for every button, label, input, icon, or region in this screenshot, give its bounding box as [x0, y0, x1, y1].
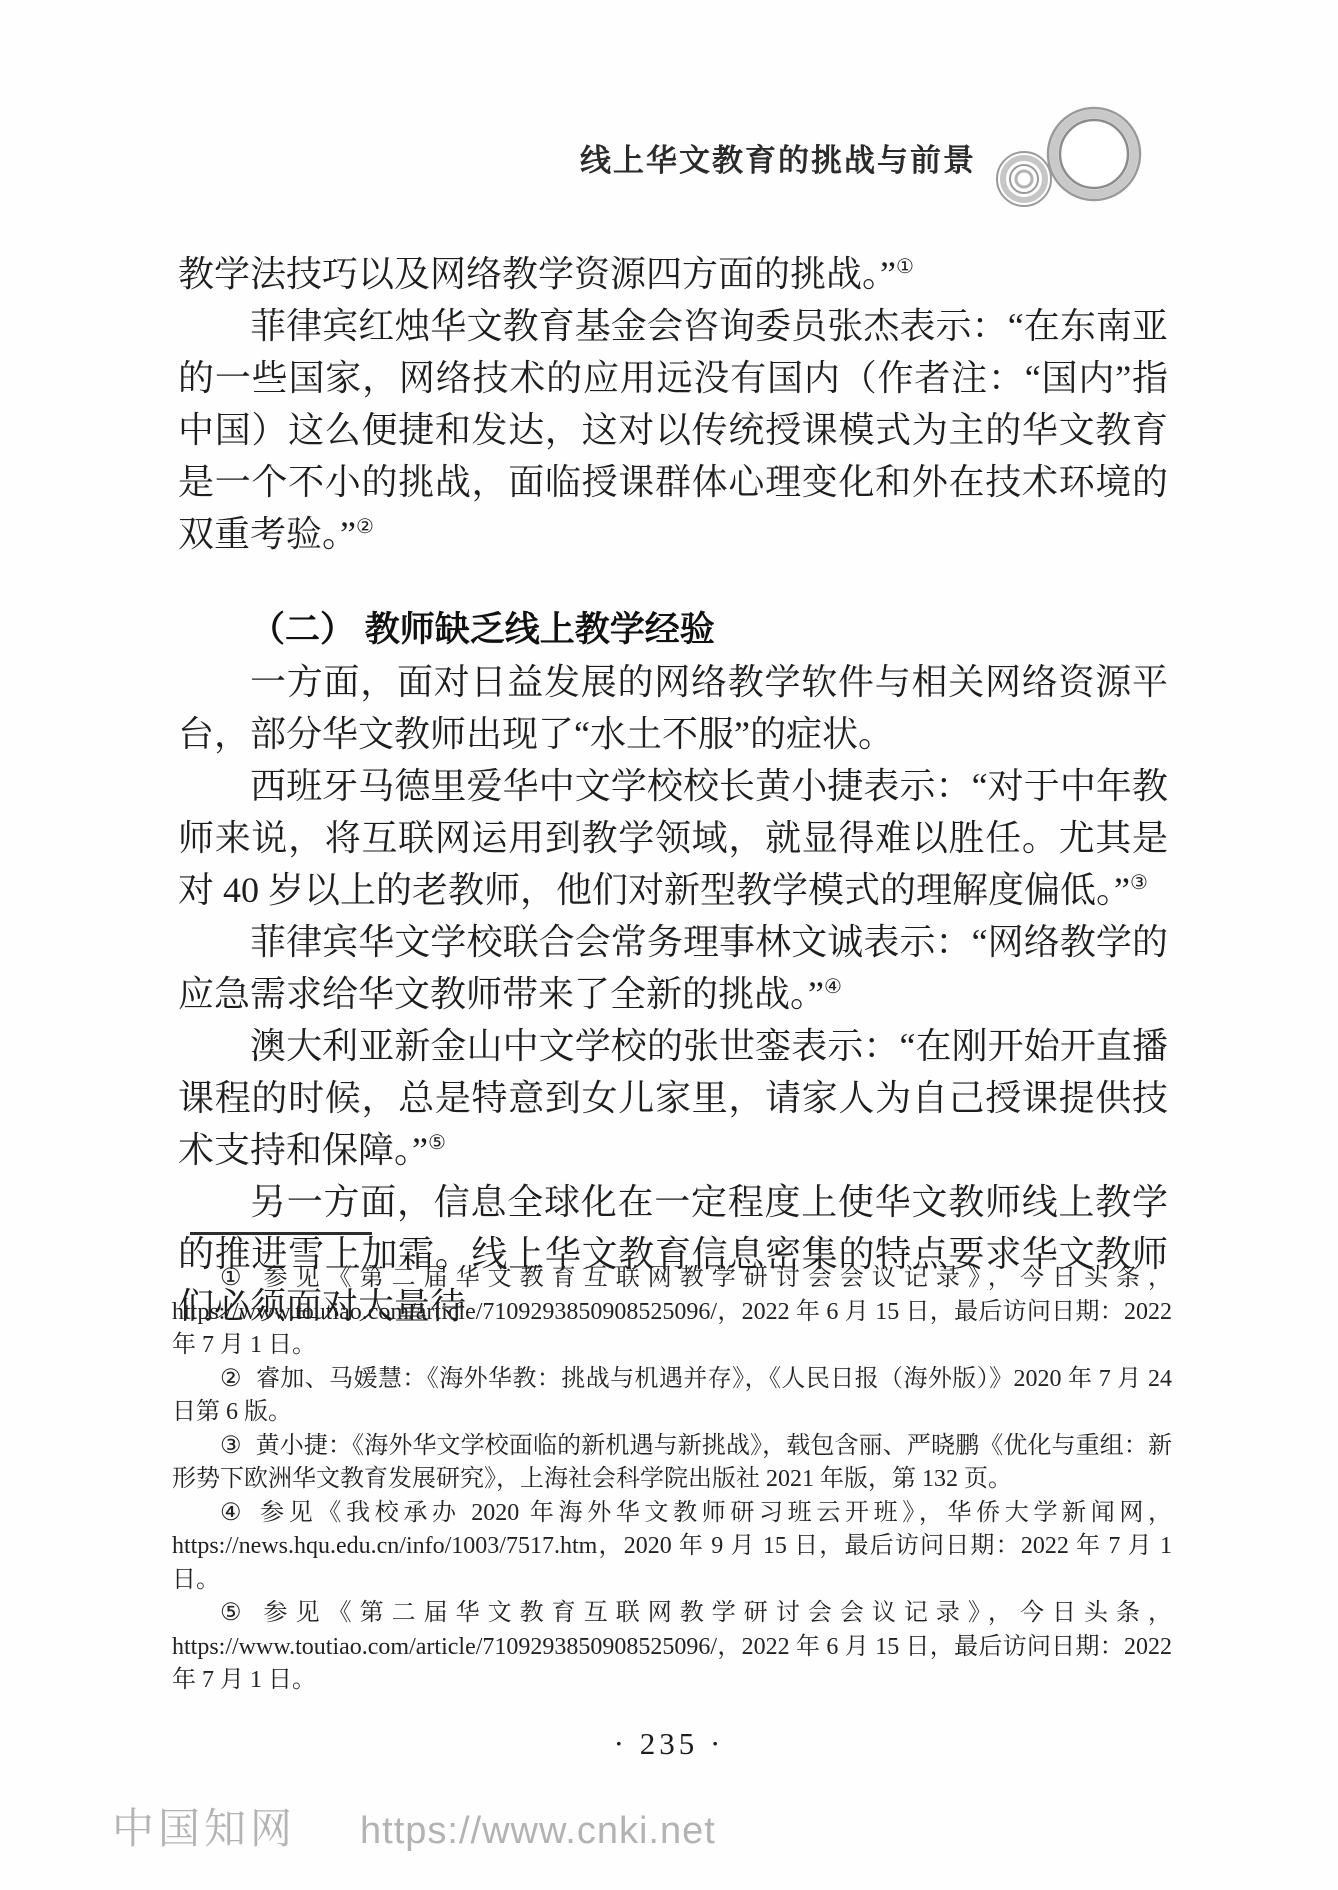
paragraph: 西班牙马德里爱华中文学校校长黄小捷表示：“对于中年教师来说，将互联网运用到教学领…	[178, 760, 1168, 916]
footnote: ①参见《第二届华文教育互联网教学研讨会会议记录》，今日头条，https://ww…	[172, 1262, 1172, 1363]
cnki-url: https://www.cnki.net	[360, 1810, 716, 1853]
cnki-watermark: 中国知网 https://www.cnki.net	[112, 1796, 716, 1856]
body-text: 教学法技巧以及网络教学资源四方面的挑战。”①菲律宾红烛华文教育基金会咨询委员张杰…	[178, 248, 1168, 1332]
concentric-circles-logo-icon	[992, 104, 1144, 210]
footnotes: ①参见《第二届华文教育互联网教学研讨会会议记录》，今日头条，https://ww…	[172, 1262, 1172, 1698]
paragraph: 教学法技巧以及网络教学资源四方面的挑战。”①	[178, 248, 1168, 300]
page-number: · 235 ·	[0, 1726, 1338, 1762]
paragraph: 菲律宾红烛华文教育基金会咨询委员张杰表示：“在东南亚的一些国家，网络技术的应用远…	[178, 300, 1168, 560]
footnote: ③黄小捷：《海外华文学校面临的新机遇与新挑战》，载包含丽、严晓鹏《优化与重组：新…	[172, 1430, 1172, 1497]
running-head-title: 线上华文教育的挑战与前景	[580, 135, 976, 180]
footnote-divider	[190, 1232, 372, 1235]
footnote: ④参见《我校承办 2020 年海外华文教师研习班云开班》，华侨大学新闻网，htt…	[172, 1497, 1172, 1598]
paragraph: 澳大利亚新金山中文学校的张世銮表示：“在刚开始开直播课程的时候，总是特意到女儿家…	[178, 1020, 1168, 1176]
footnote-marker: ⑤	[220, 1600, 264, 1626]
paragraph: 一方面，面对日益发展的网络教学软件与相关网络资源平台，部分华文教师出现了“水土不…	[178, 656, 1168, 760]
cnki-site-name: 中国知网	[112, 1796, 296, 1856]
running-head: 线上华文教育的挑战与前景	[580, 104, 1144, 210]
footnote-marker: ②	[220, 1366, 256, 1392]
paragraph: 菲律宾华文学校联合会常务理事林文诚表示：“网络教学的应急需求给华文教师带来了全新…	[178, 916, 1168, 1020]
footnote-marker: ④	[220, 1500, 260, 1526]
section-heading: （二） 教师缺乏线上教学经验	[178, 604, 1168, 656]
footnote-marker: ①	[220, 1265, 264, 1291]
footnote: ②睿加、马媛慧：《海外华教：挑战与机遇并存》，《人民日报（海外版）》2020 年…	[172, 1363, 1172, 1430]
document-page: 线上华文教育的挑战与前景 教学法技巧以及网络教学资源四方面的挑战。”①菲律宾红烛…	[0, 0, 1338, 1890]
footnote-marker: ③	[220, 1433, 256, 1459]
footnote: ⑤参见《第二届华文教育互联网教学研讨会会议记录》，今日头条，https://ww…	[172, 1597, 1172, 1698]
